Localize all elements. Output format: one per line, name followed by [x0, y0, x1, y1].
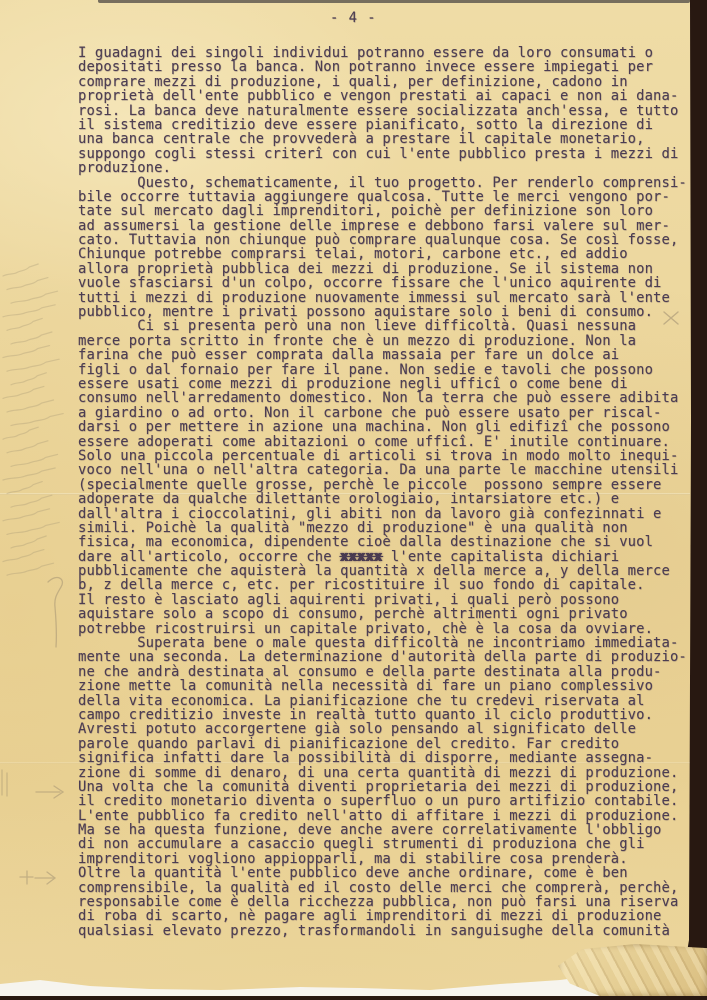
text-line: Avresti potuto accorgertene già solo pen…: [78, 722, 703, 736]
text-line: Oltre la quantità l'ente pubblico deve a…: [78, 866, 703, 880]
text-line: b, z della merce c, etc. per ricostituir…: [78, 578, 703, 592]
text-line: dall'altra i cioccolatini, gli abiti non…: [78, 507, 703, 521]
text-line: di roba di scarto, nè pagare agli impren…: [78, 909, 703, 923]
text-line: una banca centrale che provvederà a pres…: [78, 132, 703, 146]
text-line: Solo una piccola percentuale di articoli…: [78, 449, 703, 463]
text-line: dare all'articolo, occorre che xxxxx l'e…: [78, 550, 703, 564]
text-line: pubblicamente che aquisterà la quantità …: [78, 564, 703, 578]
text-line: comprensibile, la qualità ed il costo de…: [78, 881, 703, 895]
text-line: Ma se ha questa funzione, deve anche ave…: [78, 823, 703, 837]
text-line: ad assumersi la gestione delle imprese e…: [78, 219, 703, 233]
text-line: il credito monetario diventa o superfluo…: [78, 794, 703, 808]
text-line: farina che può esser comprata dalla mass…: [78, 348, 703, 362]
text-line: tate sul mercato dagli imprenditori, poi…: [78, 204, 703, 218]
text-line: qualsiasi elevato prezzo, trasformandoli…: [78, 924, 703, 938]
text-line: I guadagni dei singoli individui potrann…: [78, 46, 703, 60]
text-line: (specialmente quelle grosse, perchè le p…: [78, 478, 703, 492]
text-line: Questo, schematicamente, il tuo progetto…: [78, 176, 703, 190]
text-line: Chiunque potrebbe comprarsi telai, motor…: [78, 247, 703, 261]
text-line: voco nell'una o nell'altra categoria. Da…: [78, 463, 703, 477]
text-line: aquistare solo a scopo di consumo, perch…: [78, 607, 703, 621]
text-line: zione mette la comunità nella necessità …: [78, 679, 703, 693]
text-line: fisica, ma economica, dipendente cioè da…: [78, 535, 703, 549]
text-line: depositati presso la banca. Non potranno…: [78, 60, 703, 74]
text-line: parole quando parlavi di pianificazione …: [78, 737, 703, 751]
text-line: della vita economica. La pianificazione …: [78, 694, 703, 708]
text-line: a giardino o ad orto. Non il carbone che…: [78, 406, 703, 420]
text-line: suppongo cogli stessi criterî con cui l'…: [78, 147, 703, 161]
text-line: comprare mezzi di produzione, i quali, p…: [78, 75, 703, 89]
text-line: significa infatti dare la possibilità di…: [78, 751, 703, 765]
text-line: potrebbe ricostruirsi un capitale privat…: [78, 622, 703, 636]
scan-edge-shadow: [98, 0, 690, 3]
typewritten-lines: I guadagni dei singoli individui potrann…: [78, 46, 703, 938]
text-line: darsi o per mettere in azione una machin…: [78, 420, 703, 434]
text-line: consumo nell'arredamento domestico. Non …: [78, 391, 703, 405]
text-line: cato. Tuttavia non chiunque può comprare…: [78, 233, 703, 247]
text-line: vuole sfasciarsi d'un colpo, occorre fis…: [78, 276, 703, 290]
text-line: produzione.: [78, 161, 703, 175]
text-line: L'ente pubblico fa credito nell'atto di …: [78, 809, 703, 823]
text-line: figli o dal fornaio per fare il pane. No…: [78, 363, 703, 377]
text-line: adoperate da qualche dilettante orologia…: [78, 492, 703, 506]
text-line: proprietà dell'ente pubblico e vengon pr…: [78, 89, 703, 103]
paper-sheet: - 4 - I guadagni dei singoli individui p…: [0, 0, 707, 1000]
text-line: tutti i mezzi di produzione nuovamente i…: [78, 291, 703, 305]
text-line: Ci si presenta però una non lieve diffic…: [78, 319, 703, 333]
scanned-document: - 4 - I guadagni dei singoli individui p…: [0, 0, 707, 1000]
text-line: zione di somme di denaro, di una certa q…: [78, 766, 703, 780]
text-line: mente una seconda. La determinazione d'a…: [78, 650, 703, 664]
text-line: allora proprietà pubblica dei mezzi di p…: [78, 262, 703, 276]
text-line: Una volta che la comunità diventi propri…: [78, 780, 703, 794]
text-line: essere adoperati come abitazioni o come …: [78, 435, 703, 449]
page-number: - 4 -: [330, 10, 377, 26]
text-line: di non accumulare a casaccio quegli stru…: [78, 837, 703, 851]
text-line: rosi. La banca deve naturalmente essere …: [78, 104, 703, 118]
